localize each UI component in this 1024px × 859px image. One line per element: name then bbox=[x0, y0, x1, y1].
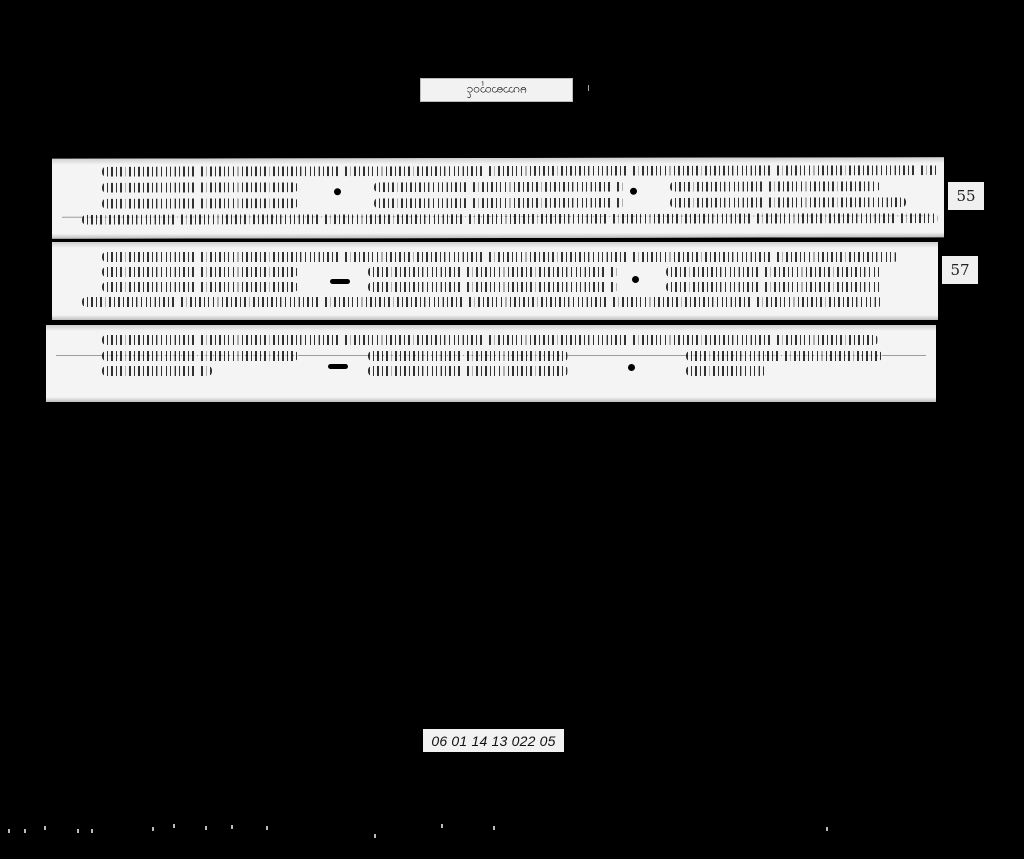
script-line bbox=[102, 267, 298, 277]
palm-leaf-3 bbox=[46, 325, 936, 402]
film-speck bbox=[77, 829, 79, 833]
string-hole bbox=[630, 188, 637, 195]
film-speck bbox=[826, 827, 828, 831]
palm-leaf-2 bbox=[52, 242, 938, 320]
script-line bbox=[102, 252, 898, 262]
script-line bbox=[368, 366, 568, 376]
script-line bbox=[686, 351, 882, 361]
script-line bbox=[368, 351, 568, 361]
script-line bbox=[686, 366, 766, 376]
script-line bbox=[374, 182, 624, 192]
script-line bbox=[102, 182, 298, 192]
script-line bbox=[374, 198, 624, 208]
script-line bbox=[102, 282, 298, 292]
film-speck bbox=[231, 825, 233, 829]
script-line bbox=[666, 282, 882, 292]
string-hole bbox=[628, 364, 635, 371]
film-speck bbox=[493, 826, 495, 830]
film-speck bbox=[91, 829, 93, 833]
script-line bbox=[368, 282, 618, 292]
string-hole bbox=[330, 279, 350, 284]
script-line bbox=[82, 297, 882, 307]
script-line bbox=[368, 267, 618, 277]
film-id-label: 06 01 14 13 022 05 bbox=[423, 729, 564, 752]
manuscript-title-label: မဟာဓာတုဝင် bbox=[420, 78, 573, 102]
script-line bbox=[102, 165, 938, 176]
script-line bbox=[102, 335, 878, 345]
string-hole bbox=[632, 276, 639, 283]
film-speck bbox=[205, 826, 207, 830]
film-mark bbox=[588, 85, 589, 91]
string-hole bbox=[334, 188, 341, 195]
film-speck bbox=[266, 826, 268, 830]
film-speck bbox=[441, 824, 443, 828]
film-speck bbox=[374, 834, 376, 838]
film-speck bbox=[152, 827, 154, 831]
film-speck bbox=[44, 826, 46, 830]
film-speck bbox=[24, 829, 26, 833]
string-hole bbox=[328, 364, 348, 369]
page-number-57: 57 bbox=[942, 256, 978, 284]
script-line bbox=[666, 267, 882, 277]
script-line bbox=[670, 181, 880, 191]
script-line bbox=[102, 351, 298, 361]
palm-leaf-1 bbox=[52, 157, 944, 239]
script-line bbox=[82, 213, 938, 224]
script-line bbox=[102, 366, 212, 376]
script-line bbox=[670, 197, 906, 207]
page-number-55: 55 bbox=[948, 182, 984, 210]
film-speck bbox=[173, 824, 175, 828]
script-line bbox=[102, 198, 298, 208]
film-speck bbox=[8, 829, 10, 833]
